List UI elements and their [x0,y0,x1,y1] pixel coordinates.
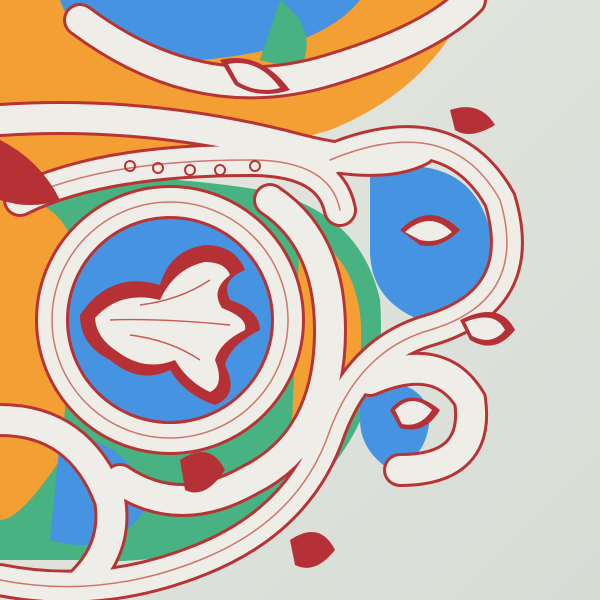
ornament-artwork [0,0,600,600]
ornament-illustration [0,0,600,600]
glass-glare [0,0,600,600]
